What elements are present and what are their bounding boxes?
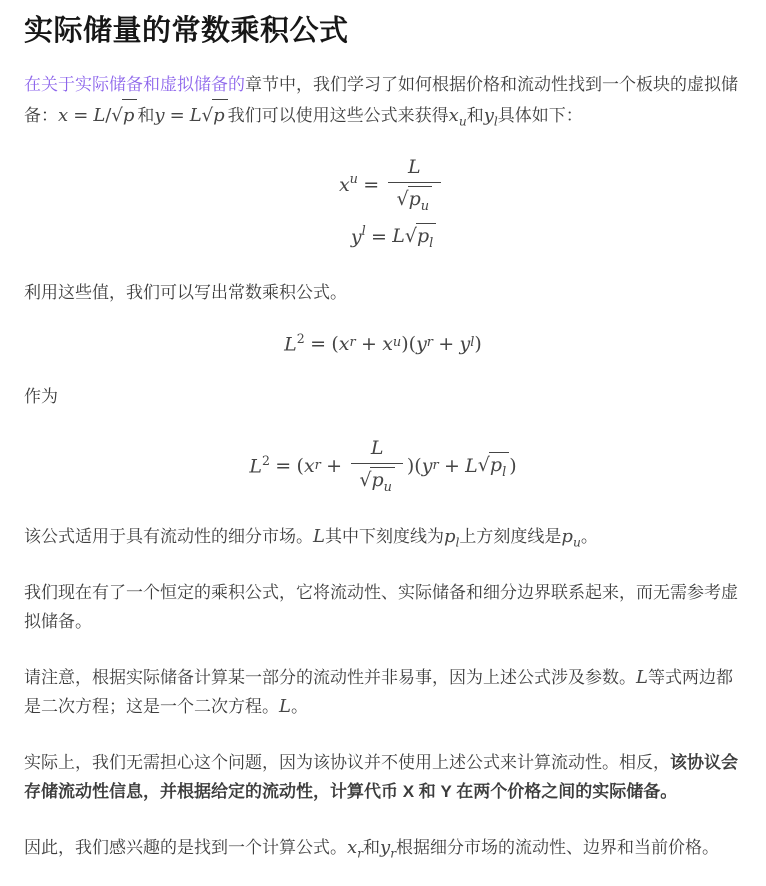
equation-row-xu: xu = L √pu (322, 156, 444, 214)
plus-sign: + (439, 455, 466, 477)
intro-text-3: 具体如下： (498, 106, 583, 125)
sqrt-expression: √pl (405, 223, 436, 251)
var-L: L (249, 455, 262, 477)
subscript-l: l (502, 465, 506, 480)
right-paren: ) (509, 455, 516, 477)
intro-and-1: 和 (137, 106, 154, 125)
page-title: 实际储量的常数乘积公式 (24, 14, 742, 49)
var-y: y (484, 105, 494, 126)
equals-sign: = (305, 333, 332, 355)
var-x: x (347, 837, 357, 858)
var-y: y (154, 105, 164, 126)
applies-text-d: 。 (581, 527, 598, 546)
subscript-u: u (459, 114, 467, 128)
applies-text-a: 该公式适用于具有流动性的细分市场。 (24, 527, 313, 546)
var-x: x (339, 333, 350, 355)
equals-sign: = (165, 105, 190, 126)
intro-paragraph: 在关于实际储备和虚拟储备的章节中，我们学习了如何根据价格和流动性找到一个板块的虚… (24, 70, 742, 130)
subscript-u: u (384, 480, 392, 495)
superscript-2: 2 (297, 331, 305, 346)
inline-math-yl: yl (484, 105, 498, 126)
article: 实际储量的常数乘积公式 在关于实际储备和虚拟储备的章节中，我们学习了如何根据价格… (24, 14, 742, 862)
subscript-u: u (350, 174, 358, 196)
var-L: L (93, 105, 105, 126)
var-L: L (408, 156, 421, 178)
applies-text-c: 上方刻度线是 (459, 527, 561, 546)
var-p: p (213, 105, 225, 126)
var-L: L (636, 667, 648, 688)
var-L: L (190, 105, 202, 126)
superscript-2: 2 (262, 453, 270, 468)
var-y: y (416, 333, 427, 355)
var-L: L (279, 696, 291, 717)
paragraph-practice: 实际上，我们无需担心这个问题，因为该协议并不使用上述公式来计算流动性。相反，该协… (24, 748, 742, 806)
var-p: p (409, 188, 421, 210)
display-equation-L2-full: L2 = ( xr + L √pu ) ( yr + L √pl ) (24, 437, 742, 495)
sqrt-expression: √pl (478, 452, 509, 480)
var-y: y (380, 837, 390, 858)
practice-text-normal: 实际上，我们无需担心这个问题，因为该协议并不使用上述公式来计算流动性。相反， (24, 753, 670, 772)
paragraph-note: 请注意，根据实际储备计算某一部分的流动性并非易事，因为上述公式涉及参数。L等式两… (24, 663, 742, 721)
var-x: x (449, 105, 459, 126)
equation-row-yl: yl = L√pl (330, 223, 437, 251)
sqrt-expression: √p (202, 99, 228, 130)
intro-and-2: 和 (467, 106, 484, 125)
subscript-u: u (573, 536, 581, 550)
sqrt-expression: √pu (396, 186, 432, 214)
paragraph-applies: 该公式适用于具有流动性的细分市场。L其中下刻度线为pl上方刻度线是pu。 (24, 522, 742, 551)
inline-math-y-equals: y=L√p (154, 105, 227, 126)
inline-math-pu: pu (561, 526, 580, 547)
left-paren: ( (409, 333, 416, 355)
applies-text-b: 其中下刻度线为 (325, 527, 444, 546)
var-x: x (382, 333, 393, 355)
var-p: p (490, 454, 502, 476)
var-p: p (123, 105, 135, 126)
inline-math-xr: xr (347, 837, 363, 858)
fraction-L-over-sqrt-pu: L √pu (388, 156, 441, 214)
var-p: p (371, 469, 383, 491)
plus-sign: + (321, 455, 348, 477)
subscript-u: u (421, 199, 429, 214)
paragraph-use-values: 利用这些值，我们可以写出常数乘积公式。 (24, 278, 742, 307)
equals-sign: = (366, 226, 393, 248)
var-x: x (339, 174, 350, 196)
note-text-c: 。 (291, 697, 308, 716)
var-y: y (460, 333, 471, 355)
var-y: y (351, 226, 362, 248)
var-y: y (422, 455, 433, 477)
display-equation-L2-short: L2 = ( xr + xu ) ( yr + yl ) (24, 333, 742, 355)
inline-math-pl: pl (444, 526, 459, 547)
inline-math-x-equals: x=L/√p (58, 105, 137, 126)
subscript-l: l (429, 236, 433, 251)
paragraph-finally: 因此，我们感兴趣的是找到一个计算公式。xr和yr根据细分市场的流动性、边界和当前… (24, 833, 742, 862)
note-text-a: 请注意，根据实际储备计算某一部分的流动性并非易事，因为上述公式涉及参数。 (24, 668, 636, 687)
right-paren: ) (407, 455, 414, 477)
subscript-u: u (393, 337, 401, 350)
var-x: x (58, 105, 68, 126)
equals-sign: = (270, 455, 297, 477)
left-paren: ( (331, 333, 338, 355)
display-equation-xu-yl: xu = L √pu yl = L√pl (24, 156, 742, 251)
finally-text-b: 和 (363, 838, 380, 857)
inline-math-L: L (279, 696, 291, 717)
paragraph-now: 我们现在有了一个恒定的乘积公式，它将流动性、实际储备和细分边界联系起来，而无需参… (24, 578, 742, 636)
inline-math-L: L (636, 667, 648, 688)
paragraph-as: 作为 (24, 382, 742, 411)
right-paren: ) (474, 333, 481, 355)
var-L: L (371, 437, 384, 459)
var-x: x (304, 455, 315, 477)
var-p: p (444, 526, 456, 547)
plus-sign: + (433, 333, 460, 355)
var-L: L (284, 333, 297, 355)
equals-sign: = (358, 174, 385, 196)
var-L: L (313, 526, 325, 547)
var-p: p (561, 526, 573, 547)
right-paren: ) (401, 333, 408, 355)
left-paren: ( (297, 455, 304, 477)
inline-math-L: L (313, 526, 325, 547)
fraction-L-over-sqrt-pu: L √pu (351, 437, 404, 495)
reserves-chapter-link[interactable]: 在关于实际储备和虚拟储备的 (24, 75, 245, 94)
var-p: p (417, 225, 429, 247)
left-paren: ( (414, 455, 421, 477)
inline-math-yr: yr (380, 837, 396, 858)
finally-text-a: 因此，我们感兴趣的是找到一个计算公式。 (24, 838, 347, 857)
equals-sign: = (68, 105, 93, 126)
sqrt-expression: √p (111, 99, 137, 130)
var-L: L (465, 455, 478, 477)
finally-text-c: 根据细分市场的流动性、边界和当前价格。 (396, 838, 719, 857)
var-L: L (392, 225, 405, 247)
inline-math-xu: xu (449, 105, 467, 126)
sqrt-expression: √pu (359, 467, 395, 495)
plus-sign: + (356, 333, 383, 355)
intro-text-2: 我们可以使用这些公式来获得 (228, 106, 449, 125)
